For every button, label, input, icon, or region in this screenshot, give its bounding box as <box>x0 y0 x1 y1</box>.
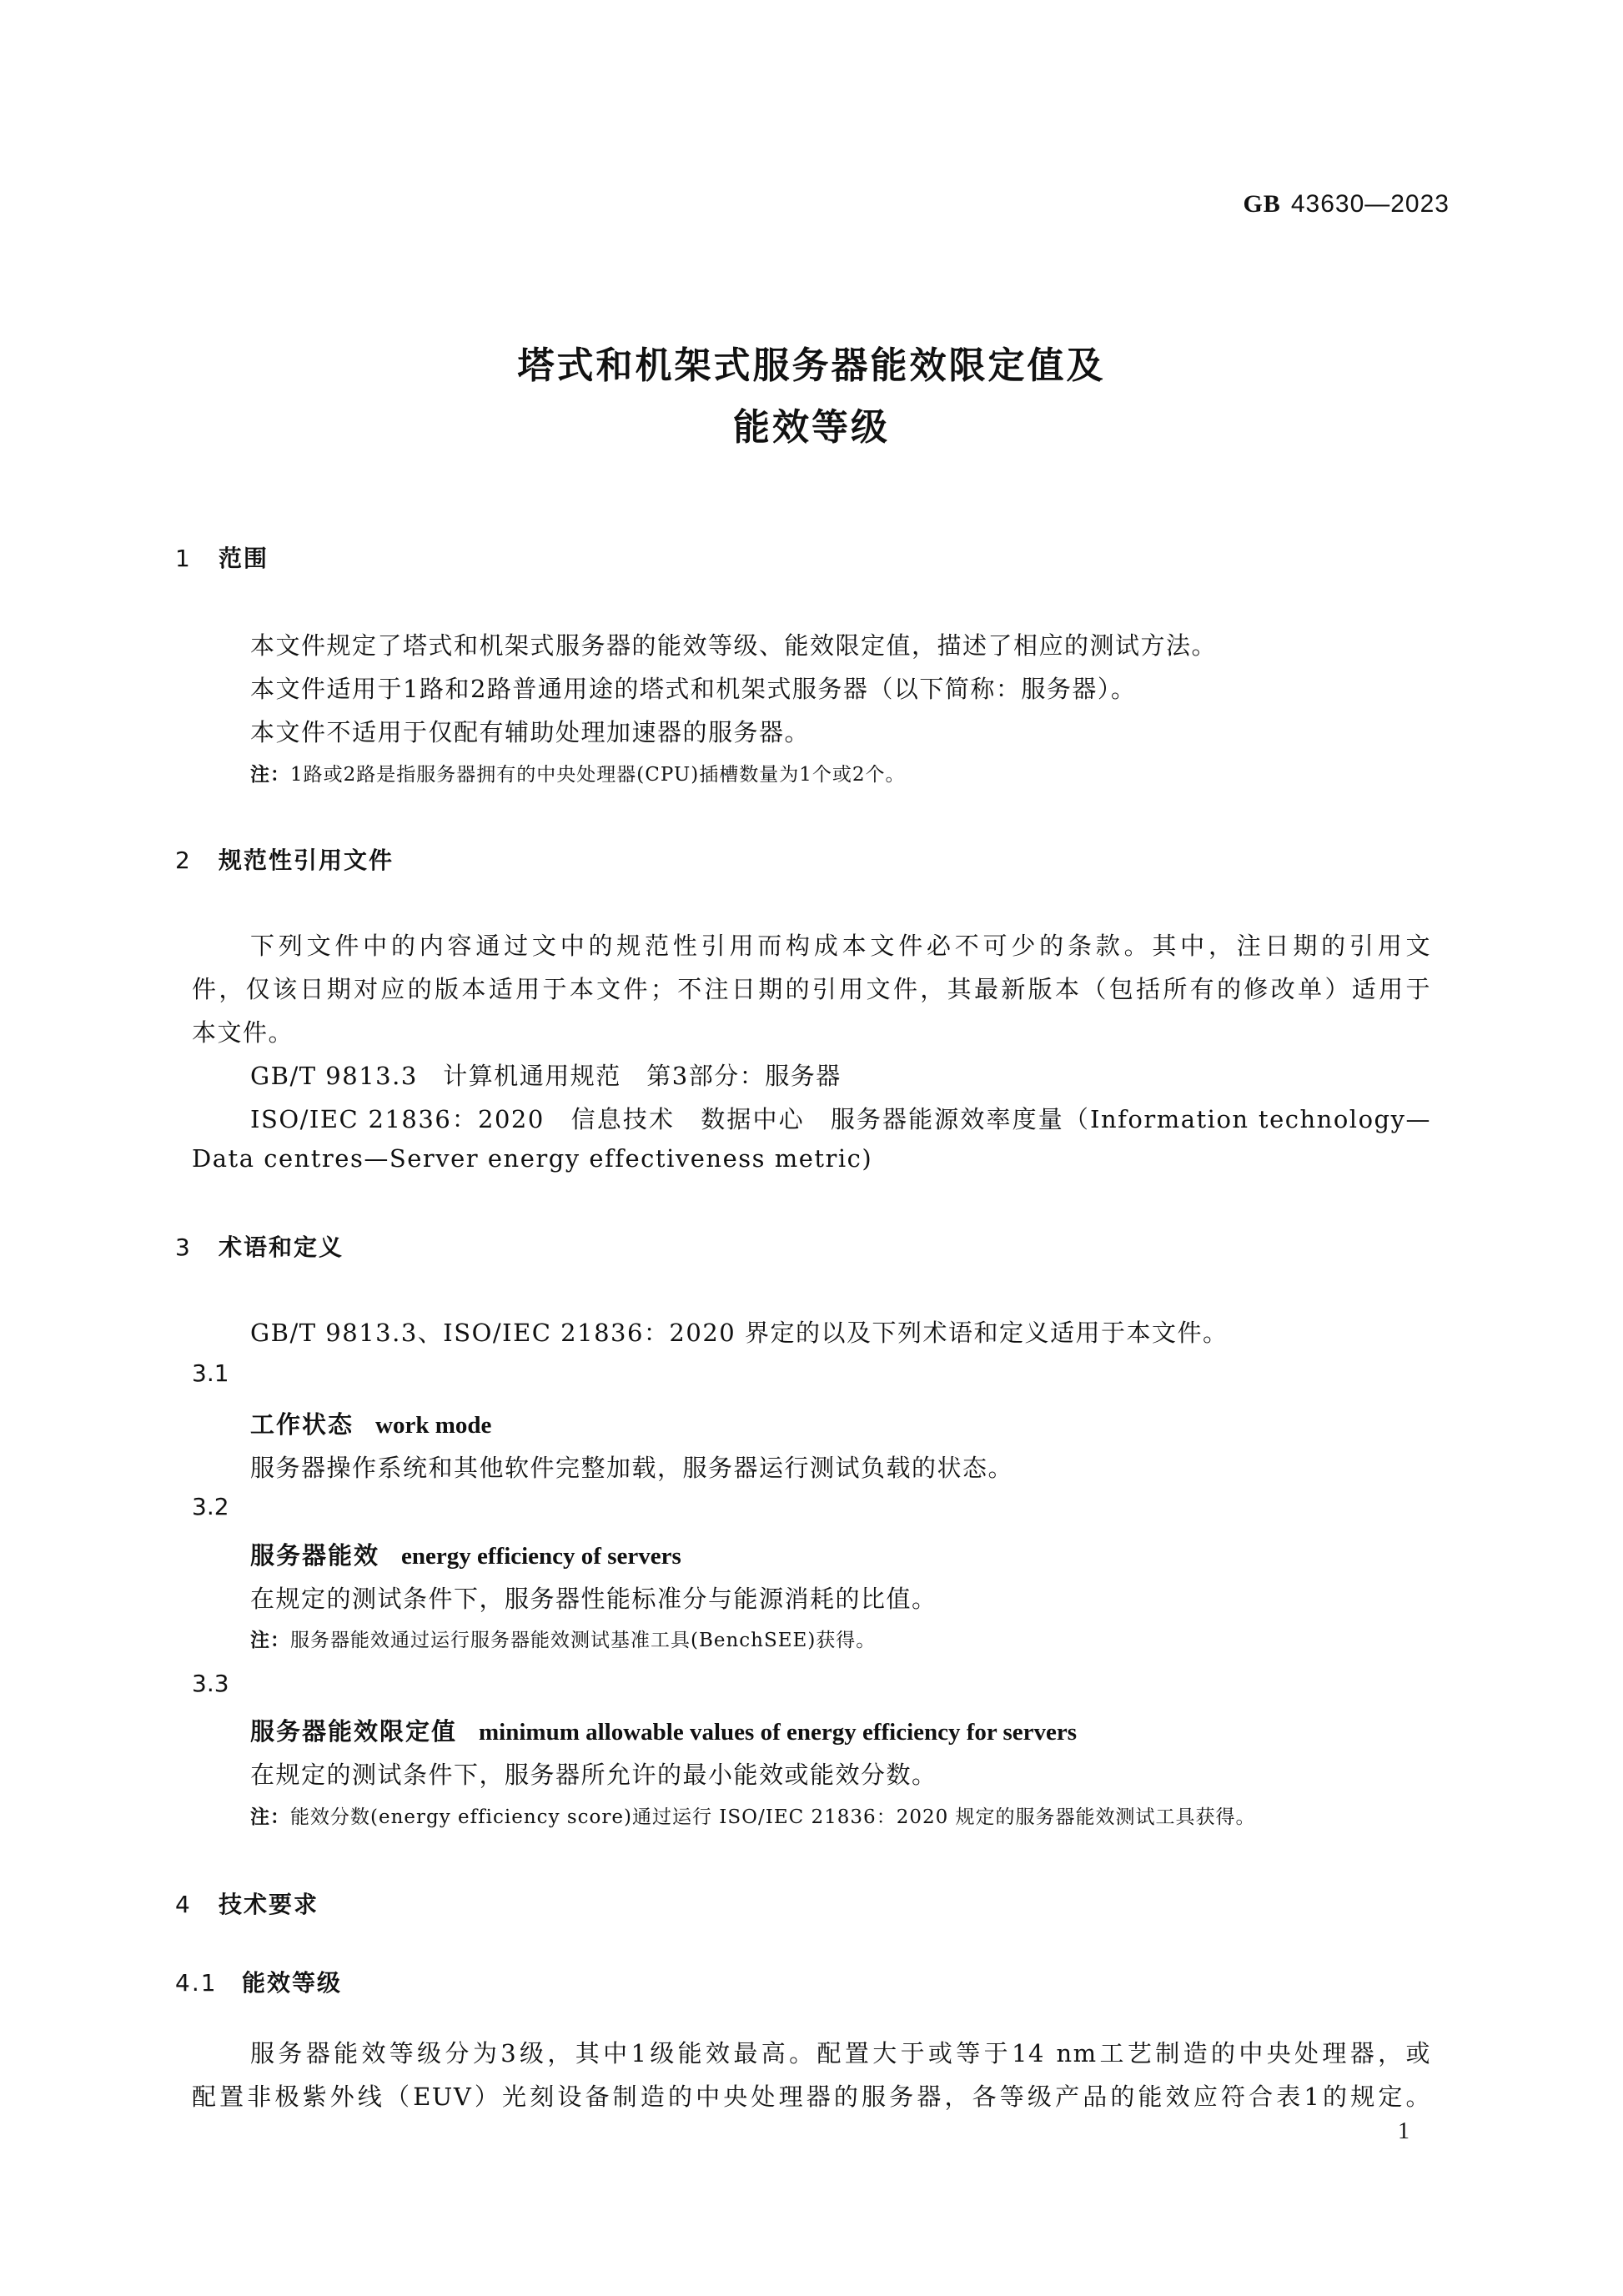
section-1-heading: 1范围 <box>175 540 269 574</box>
note-label: 注： <box>250 1630 290 1651</box>
term-3-1-title: 工作状态work mode <box>250 1406 491 1440</box>
term-3-3-title: 服务器能效限定值minimum allowable values of ener… <box>250 1713 1077 1747</box>
standard-prefix: GB <box>1243 190 1280 218</box>
term-3-2-title: 服务器能效energy efficiency of servers <box>250 1537 681 1571</box>
document-title-line-1: 塔式和机架式服务器能效限定值及 <box>0 335 1623 389</box>
term-3-3-number: 3.3 <box>192 1670 229 1697</box>
section-number: 1 <box>175 545 219 572</box>
section-number: 3 <box>175 1233 219 1261</box>
note-label: 注： <box>250 1806 290 1828</box>
terms-intro: GB/T 9813.3、ISO/IEC 21836：2020 界定的以及下列术语… <box>250 1314 1228 1349</box>
scope-paragraph-3: 本文件不适用于仅配有辅助处理加速器的服务器。 <box>250 714 810 748</box>
scope-paragraph-1: 本文件规定了塔式和机架式服务器的能效等级、能效限定值，描述了相应的测试方法。 <box>250 627 1217 661</box>
term-english: energy efficiency of servers <box>401 1543 681 1570</box>
section-title: 范围 <box>219 545 269 572</box>
scope-paragraph-2: 本文件适用于1路和2路普通用途的塔式和机架式服务器（以下简称：服务器）。 <box>250 671 1136 705</box>
subsection-4-1-heading: 4.1能效等级 <box>175 1965 342 1998</box>
subsection-number: 4.1 <box>175 1969 242 1997</box>
energy-grade-paragraph-line-2: 配置非极紫外线（EUV）光刻设备制造的中央处理器的服务器，各等级产品的能效应符合… <box>192 2078 1431 2113</box>
document-page: GB43630—2023 塔式和机架式服务器能效限定值及 能效等级 1范围 本文… <box>0 0 1623 2296</box>
term-3-1-number: 3.1 <box>192 1359 229 1387</box>
energy-grade-paragraph-line-1: 服务器能效等级分为3级，其中1级能效最高。配置大于或等于14 nm工艺制造的中央… <box>250 2035 1431 2069</box>
section-4-heading: 4技术要求 <box>175 1887 319 1920</box>
term-chinese: 服务器能效 <box>250 1541 379 1570</box>
subsection-title: 能效等级 <box>242 1969 342 1997</box>
note-text: 能效分数(energy efficiency score)通过运行 ISO/IE… <box>290 1806 1256 1828</box>
standard-code: 43630—2023 <box>1291 190 1450 218</box>
standard-number: GB43630—2023 <box>1243 190 1450 219</box>
section-number: 4 <box>175 1891 219 1918</box>
reference-iso-iec-21836-line-1: ISO/IEC 21836：2020 信息技术 数据中心 服务器能源效率度量（I… <box>250 1101 1431 1135</box>
section-2-heading: 2规范性引用文件 <box>175 842 394 876</box>
reference-gbt-9813-3: GB/T 9813.3 计算机通用规范 第3部分：服务器 <box>250 1058 842 1092</box>
reference-iso-iec-21836-line-2: Data centres—Server energy effectiveness… <box>192 1144 872 1173</box>
section-number: 2 <box>175 847 219 874</box>
scope-note: 注：1路或2路是指服务器拥有的中央处理器(CPU)插槽数量为1个或2个。 <box>250 759 906 786</box>
section-title: 术语和定义 <box>219 1233 344 1261</box>
term-3-1-definition: 服务器操作系统和其他软件完整加载，服务器运行测试负载的状态。 <box>250 1449 1013 1484</box>
note-text: 1路或2路是指服务器拥有的中央处理器(CPU)插槽数量为1个或2个。 <box>290 764 906 786</box>
term-chinese: 工作状态 <box>250 1410 354 1439</box>
section-title: 技术要求 <box>219 1891 319 1918</box>
term-chinese: 服务器能效限定值 <box>250 1717 457 1746</box>
term-3-2-definition: 在规定的测试条件下，服务器性能标准分与能源消耗的比值。 <box>250 1580 937 1615</box>
section-3-heading: 3术语和定义 <box>175 1229 344 1263</box>
note-text: 服务器能效通过运行服务器能效测试基准工具(BenchSEE)获得。 <box>290 1630 876 1651</box>
term-3-3-definition: 在规定的测试条件下，服务器所允许的最小能效或能效分数。 <box>250 1756 937 1791</box>
normative-references-line-1: 下列文件中的内容通过文中的规范性引用而构成本文件必不可少的条款。其中，注日期的引… <box>250 927 1431 962</box>
term-english: minimum allowable values of energy effic… <box>479 1719 1077 1746</box>
page-number: 1 <box>1398 2118 1409 2145</box>
term-3-2-number: 3.2 <box>192 1493 229 1520</box>
normative-references-line-3: 本文件。 <box>192 1014 294 1048</box>
document-title-line-2: 能效等级 <box>0 397 1623 450</box>
term-3-3-note: 注：能效分数(energy efficiency score)通过运行 ISO/… <box>250 1801 1256 1829</box>
section-title: 规范性引用文件 <box>219 847 394 874</box>
term-3-2-note: 注：服务器能效通过运行服务器能效测试基准工具(BenchSEE)获得。 <box>250 1625 876 1652</box>
note-label: 注： <box>250 764 290 786</box>
term-english: work mode <box>375 1412 491 1439</box>
normative-references-line-2: 件，仅该日期对应的版本适用于本文件；不注日期的引用文件，其最新版本（包括所有的修… <box>192 971 1431 1005</box>
